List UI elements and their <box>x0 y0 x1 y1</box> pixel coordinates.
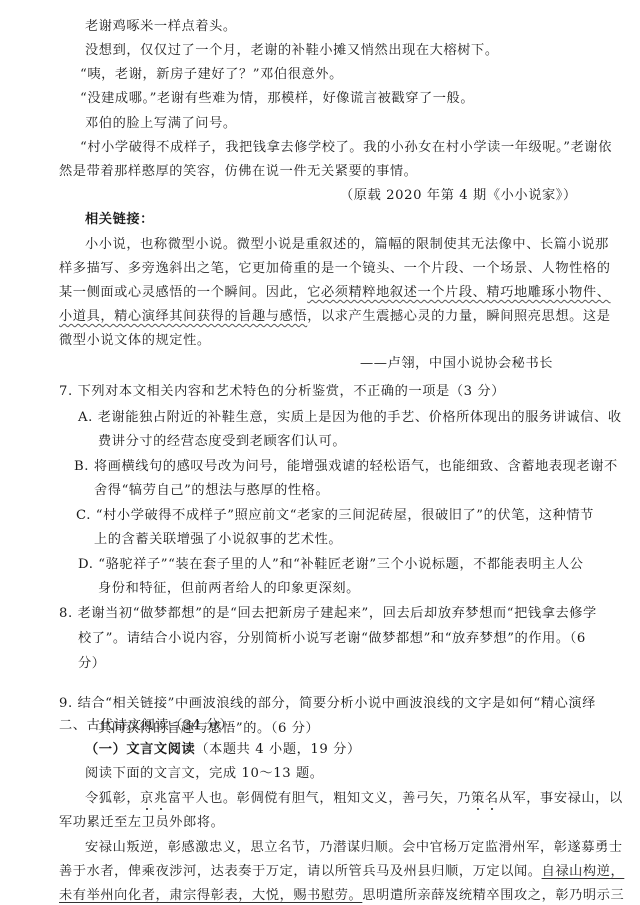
story-line: 老谢鸡啄米一样点着头。 <box>85 18 237 36</box>
link-paragraph-line: 微型小说文体的规定性。 <box>59 332 211 350</box>
underlined-text: 自禄山构逆， <box>542 864 625 879</box>
wavy-underlined-text: 它必须精粹地叙述一个片段、精巧地雕琢小物件、 <box>307 285 610 300</box>
subsection-note: （本题共 4 小题，19 分） <box>195 742 360 757</box>
link-attribution: ——卢翎，中国小说协会秘书长 <box>360 355 553 373</box>
story-line: “村小学破得不成样子，我把钱拿去修学校了。我的小孙女在村小学读一年级呢。”老谢依 <box>80 139 612 157</box>
story-line: “咦，老谢，新房子建好了？”邓伯很意外。 <box>80 66 343 84</box>
instruction: 阅读下面的文言文，完成 10～13 题。 <box>85 765 324 783</box>
classical-text-line: 未有举州向化者，肃宗得彰表，大悦，赐书慰劳。思明遣所亲薛岌统精卒围攻之，彰乃明示… <box>59 887 624 905</box>
subsection-heading: （一）文言文阅读（本题共 4 小题，19 分） <box>85 741 361 759</box>
story-source: （原载 2020 年第 4 期《小小说家》） <box>340 187 577 205</box>
option-c: C. “村小学破得不成样子”照应前文“老家的三间泥砖屋，很破旧了”的伏笔，这种情… <box>76 507 594 525</box>
link-paragraph-line: 某一侧面或心灵感悟的一个瞬间。因此，它必须精粹地叙述一个片段、精巧地雕琢小物件、 <box>59 284 611 302</box>
text: 思明遣所亲薛岌统精卒围攻之，彰乃明示三 <box>362 888 624 903</box>
text: 善于水者，俾乘夜涉河，达表奏于万定，请以所管兵马及州县归顺，万定以闻。 <box>59 864 542 879</box>
option-c-cont: 上的含蓄关联增强了小说叙事的艺术性。 <box>94 531 342 549</box>
link-text: ，以求产生震撼心灵的力量，瞬间照亮思想。这是 <box>307 309 610 324</box>
question-7-stem: 7. 下列对本文相关内容和艺术特色的分析鉴赏，不正确的一项是（3 分） <box>59 383 505 401</box>
option-d: D. “骆驼祥子”“装在套子里的人”和“补鞋匠老谢”三个小说标题，不都能表明主人… <box>78 556 584 574</box>
link-text: 某一侧面或心灵感悟的一个瞬间。因此， <box>59 285 307 300</box>
question-8-line: 校了”。请结合小说内容，分别简析小说写老谢“做梦都想”和“放弃梦想”的作用。（6 <box>78 630 586 648</box>
dotted-char: 兆 <box>154 791 168 806</box>
option-b-cont: 舍得“犒劳自己”的想法与憨厚的性格。 <box>94 482 329 500</box>
dotted-char: 名 <box>485 791 499 806</box>
story-line: 然是带着那样憨厚的笑容，仿佛在说一件无关紧要的事情。 <box>59 163 417 181</box>
link-paragraph-line: 小小说，也称微型小说。微型小说是重叙述的，篇幅的限制使其无法像中、长篇小说那 <box>85 236 609 254</box>
section-2-heading-text: 二、古代诗文阅读（34 分） <box>59 717 233 735</box>
question-9-line: 9. 结合“相关链接”中画波浪线的部分，简要分析小说中画波浪线的文字是如何“精心… <box>59 695 596 713</box>
story-line: 没想到，仅仅过了一个月，老谢的补鞋小摊又悄然出现在大榕树下。 <box>85 42 499 60</box>
underlined-text: 未有举州向化者，肃宗得彰表，大悦，赐书慰劳。 <box>59 888 362 903</box>
question-8-line: 8. 老谢当初“做梦都想”的是“回去把新房子建起来”，回去后却放弃梦想而“把钱拿… <box>59 605 597 623</box>
link-title: 相关链接： <box>85 211 154 229</box>
option-a: A. 老谢能独占附近的补鞋生意，实质上是因为他的手艺、价格所体现出的服务讲诚信、… <box>78 409 622 427</box>
dotted-char: 京 <box>140 791 154 806</box>
story-line: “没建成哪。”老谢有些难为情，那模样，好像谎言被戳穿了一般。 <box>80 90 474 108</box>
subsection-title: （一）文言文阅读 <box>85 742 195 757</box>
link-paragraph-line: 样多描写、多旁逸斜出之笔，它更加倚重的是一个镜头、一个片段、一个场景、人物性格的 <box>59 260 611 278</box>
classical-text-line: 军功累迁至左卫员外郎将。 <box>59 814 224 832</box>
text: 富平人也。彰倜傥有胆气，粗知文义，善弓矢，乃 <box>168 791 471 806</box>
classical-text-line: 安禄山叛逆，彰感激忠义，思立名节，乃潜谋归顺。会中官杨万定监滑州军，彰遂募勇士 <box>85 839 623 857</box>
story-line: 邓伯的脸上写满了问号。 <box>85 115 237 133</box>
option-a-cont: 费讲分寸的经营态度受到老顾客们认可。 <box>98 433 346 451</box>
wavy-underlined-text: 小道具，精心演绎其间获得的旨趣与感悟 <box>59 309 307 324</box>
classical-text-line: 善于水者，俾乘夜涉河，达表奏于万定，请以所管兵马及州县归顺，万定以闻。自禄山构逆… <box>59 863 624 881</box>
link-paragraph-line: 小道具，精心演绎其间获得的旨趣与感悟，以求产生震撼心灵的力量，瞬间照亮思想。这是 <box>59 308 611 326</box>
option-b: B. 将画横线句的感叹号改为问号，能增强戏谑的轻松语气，也能细致、含蓄地表现老谢… <box>74 458 618 476</box>
dotted-char: 策 <box>471 791 485 806</box>
classical-text-line: 令狐彰，京兆富平人也。彰倜傥有胆气，粗知文义，善弓矢，乃策名从军，事安禄山，以 <box>85 790 623 808</box>
text: 从军，事安禄山，以 <box>499 791 623 806</box>
question-8-line: 分） <box>78 655 106 673</box>
option-d-cont: 身份和特征，但前两者给人的印象更深刻。 <box>98 580 360 598</box>
text: 令狐彰， <box>85 791 140 806</box>
